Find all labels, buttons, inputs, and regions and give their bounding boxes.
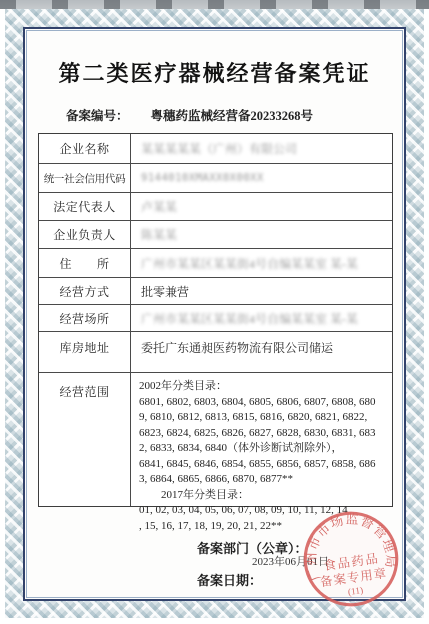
- field-label: 住 所: [39, 249, 131, 277]
- business-scope-line: 3, 6864, 6865, 6866, 6870, 6877**: [139, 472, 384, 488]
- field-label: 库房地址: [39, 332, 131, 372]
- field-label: 企业负责人: [39, 221, 131, 248]
- field-row-business-scope: 经营范围 2002年分类目录： 6801, 6802, 6803, 6804, …: [39, 372, 392, 506]
- scan-artifact-strip: [0, 0, 429, 9]
- field-label: 经营范围: [39, 373, 131, 506]
- field-value: 委托广东通昶医药物流有限公司储运: [131, 332, 392, 372]
- field-label: 法定代表人: [39, 193, 131, 220]
- seal-center-text-line3: (11): [347, 585, 364, 598]
- field-row-residence: 住 所 广州市某某区某某街4号自编某某室 某-某: [39, 248, 392, 277]
- field-value-redacted: 某某某某某（广州）有限公司: [141, 140, 297, 157]
- certificate-table: 企业名称 某某某某某（广州）有限公司 统一社会信用代码 9144010XMAXX…: [38, 133, 393, 507]
- business-scope-line: 6841, 6845, 6846, 6854, 6855, 6856, 6857…: [139, 457, 384, 473]
- business-scope-line: 6823, 6824, 6825, 6826, 6827, 6828, 6830…: [139, 426, 384, 442]
- filing-date-label: 备案日期：: [197, 570, 262, 589]
- official-seal: 广州市市场监督管理局 食品药品 备案专用章 (11): [299, 505, 403, 613]
- record-number-value: 粤穗药监械经营备20233268号: [151, 109, 314, 123]
- certificate-scan: { "page": { "title": "第二类医疗器械经营备案凭证", "r…: [0, 0, 429, 624]
- field-row-warehouse-address: 库房地址 委托广东通昶医药物流有限公司储运: [39, 331, 392, 372]
- field-label: 统一社会信用代码: [39, 164, 131, 192]
- field-value-redacted: 广州市某某区某某街4号自编某某室 某-某: [141, 310, 358, 327]
- field-row-legal-representative: 法定代表人 卢某某: [39, 192, 392, 220]
- page-title: 第二类医疗器械经营备案凭证: [0, 57, 429, 88]
- field-row-company-name: 企业名称 某某某某某（广州）有限公司: [39, 134, 392, 163]
- record-number-label: 备案编号：: [66, 109, 129, 123]
- field-label: 企业名称: [39, 134, 131, 163]
- business-scope-line: 6801, 6802, 6803, 6804, 6805, 6806, 6807…: [139, 395, 384, 411]
- field-label: 经营方式: [39, 278, 131, 304]
- business-scope-line: 9, 6810, 6812, 6813, 6815, 6816, 6820, 6…: [139, 410, 384, 426]
- field-value-redacted: 卢某某: [141, 198, 177, 215]
- business-scope-text: 2002年分类目录： 6801, 6802, 6803, 6804, 6805,…: [131, 373, 392, 506]
- field-row-credit-code: 统一社会信用代码 9144010XMAXX0X00XX: [39, 163, 392, 192]
- field-label: 经营场所: [39, 305, 131, 331]
- field-row-business-premises: 经营场所 广州市某某区某某街4号自编某某室 某-某: [39, 304, 392, 331]
- record-number: 备案编号：粤穗药监械经营备20233268号: [66, 106, 313, 124]
- field-row-person-in-charge: 企业负责人 陈某某: [39, 220, 392, 248]
- field-value: 批零兼营: [131, 278, 392, 304]
- business-scope-line: 2017年分类目录：: [139, 488, 384, 504]
- field-value-redacted: 广州市某某区某某街4号自编某某室 某-某: [141, 255, 358, 272]
- business-scope-line: 2, 6833, 6834, 6840（体外诊断试剂除外），: [139, 441, 384, 457]
- field-value-redacted: 陈某某: [141, 226, 177, 243]
- business-scope-line: 2002年分类目录：: [139, 379, 384, 395]
- field-value-redacted: 9144010XMAXX0X00XX: [141, 172, 264, 184]
- field-row-business-mode: 经营方式 批零兼营: [39, 277, 392, 304]
